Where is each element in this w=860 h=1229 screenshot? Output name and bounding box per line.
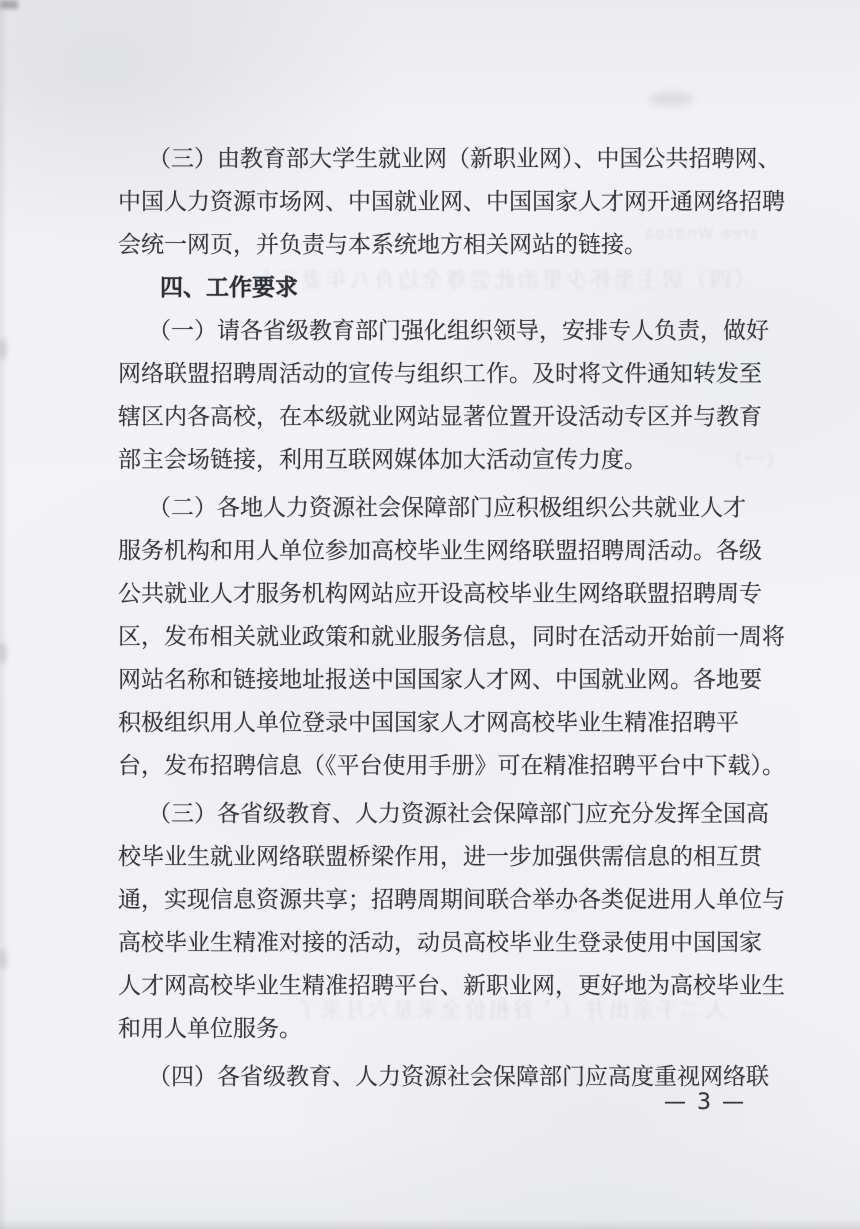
paragraph-item-3-web-portals: （三）由教育部大学生就业网（新职业网）、中国公共招聘网、 中国人力资源市场网、中… <box>118 138 764 267</box>
text-line: 和用人单位服务。 <box>118 1008 764 1051</box>
document-body: （三）由教育部大学生就业网（新职业网）、中国公共招聘网、 中国人力资源市场网、中… <box>118 138 764 1099</box>
text-line: 辖区内各高校，在本级就业网站显著位置开设活动专区并与教育 <box>118 396 764 439</box>
paragraph-item-2: （二）各地人力资源社会保障部门应积极组织公共就业人才 服务机构和用人单位参加高校… <box>118 487 764 788</box>
scan-left-edge-shadow <box>0 0 8 1229</box>
text-line: 部主会场链接，利用互联网媒体加大活动宣传力度。 <box>118 439 764 482</box>
text-line: 中国人力资源市场网、中国就业网、中国国家人才网开通网络招聘 <box>118 181 764 224</box>
text-line: （二）各地人力资源社会保障部门应积极组织公共就业人才 <box>118 487 764 530</box>
scan-bottom-edge-shadow <box>0 1219 860 1229</box>
text-line: 积极组织用人单位登录中国国家人才网高校毕业生精准招聘平 <box>118 702 764 745</box>
page-number: — 3 — <box>664 1088 746 1118</box>
text-line: （一）请各省级教育部门强化组织领导，安排专人负责，做好 <box>118 310 764 353</box>
text-line: 人才网高校毕业生精准招聘平台、新职业网，更好地为高校毕业生 <box>118 965 764 1008</box>
text-line: 网站名称和链接地址报送中国国家人才网、中国就业网。各地要 <box>118 659 764 702</box>
text-line: 高校毕业生精准对接的活动，动员高校毕业生登录使用中国国家 <box>118 922 764 965</box>
text-line: 会统一网页，并负责与本系统地方相关网站的链接。 <box>118 224 764 267</box>
scan-corner-artifact <box>0 0 18 9</box>
text-line: 通，实现信息资源共享；招聘周期间联合举办各类促进用人单位与 <box>118 879 764 922</box>
text-line: 区，发布相关就业政策和就业服务信息，同时在活动开始前一周将 <box>118 616 764 659</box>
text-line: 网络联盟招聘周活动的宣传与组织工作。及时将文件通知转发至 <box>118 353 764 396</box>
text-line: （三）由教育部大学生就业网（新职业网）、中国公共招聘网、 <box>118 138 764 181</box>
text-line: 服务机构和用人单位参加高校毕业生网络联盟招聘周活动。各级 <box>118 530 764 573</box>
scan-smudge <box>648 92 694 106</box>
text-line: 台，发布招聘信息（《平台使用手册》可在精准招聘平台中下载）。 <box>118 745 764 788</box>
paragraph-item-1: （一）请各省级教育部门强化组织领导，安排专人负责，做好 网络联盟招聘周活动的宣传… <box>118 310 764 482</box>
text-line: 校毕业生就业网络联盟桥梁作用，进一步加强供需信息的相互贯 <box>118 836 764 879</box>
text-line: （三）各省级教育、人力资源社会保障部门应充分发挥全国高 <box>118 793 764 836</box>
text-line: 公共就业人才服务机构网站应开设高校毕业生网络联盟招聘周专 <box>118 573 764 616</box>
section-heading-work-requirements: 四、工作要求 <box>118 267 764 310</box>
paragraph-item-3: （三）各省级教育、人力资源社会保障部门应充分发挥全国高 校毕业生就业网络联盟桥梁… <box>118 793 764 1051</box>
